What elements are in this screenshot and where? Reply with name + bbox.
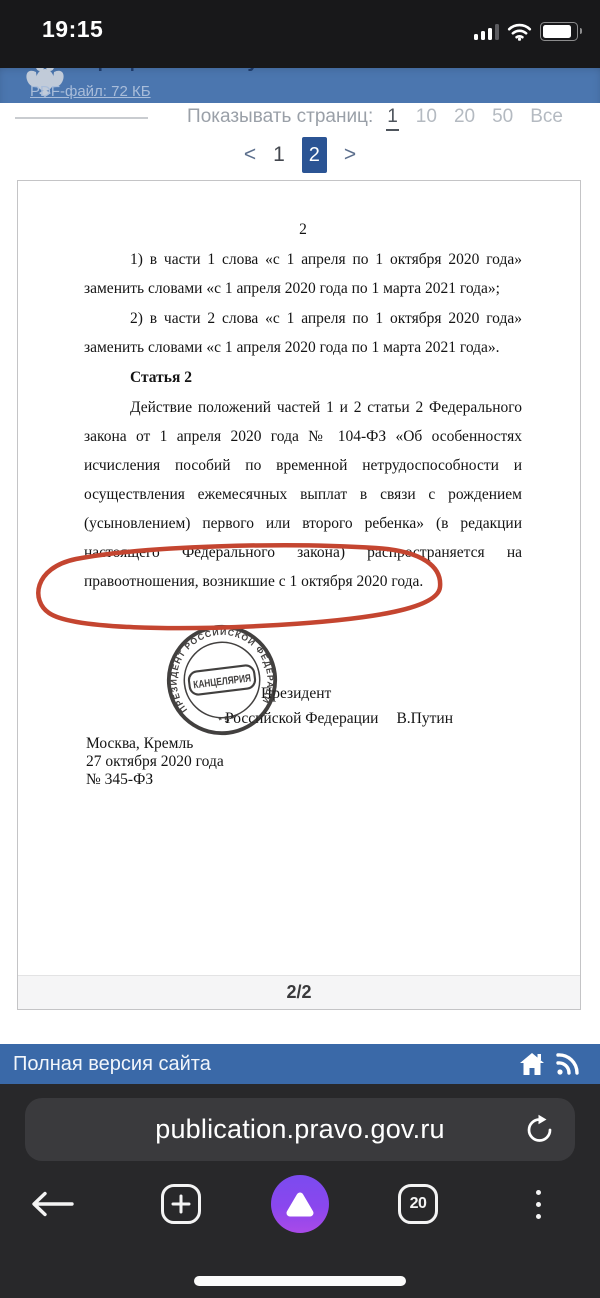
home-indicator[interactable] xyxy=(194,1276,406,1286)
issue-date: 27 октября 2020 года xyxy=(86,753,224,771)
battery-icon xyxy=(540,22,578,41)
plus-icon xyxy=(171,1194,191,1214)
document-paragraph: 2) в части 2 слова «с 1 апреля по 1 октя… xyxy=(84,304,522,362)
new-tab-button[interactable] xyxy=(161,1184,201,1224)
home-icon[interactable] xyxy=(518,1051,546,1077)
chancellery-stamp: ПРЕЗИДЕНТ РОССИЙСКОЙ ФЕДЕРАЦИИ КАНЦЕЛЯРИ… xyxy=(157,615,286,744)
full-version-link[interactable]: Полная версия сайта xyxy=(13,1053,211,1076)
cellular-signal-icon xyxy=(474,24,500,40)
url-text[interactable]: publication.pravo.gov.ru xyxy=(155,1114,444,1145)
address-bar[interactable]: publication.pravo.gov.ru xyxy=(25,1098,575,1161)
back-button[interactable] xyxy=(28,1189,76,1219)
document-text: 2 1) в части 1 слова «с 1 апреля по 1 ок… xyxy=(18,181,580,596)
per-page-option-20[interactable]: 20 xyxy=(454,106,475,128)
page-navigation: < 1 2 > xyxy=(0,137,600,173)
document-paragraph: Действие положений частей 1 и 2 статьи 2… xyxy=(84,393,522,596)
per-page-option-1[interactable]: 1 xyxy=(386,106,399,131)
signature-title-line1: Президент xyxy=(261,681,453,706)
issue-details: Москва, Кремль 27 октября 2020 года № 34… xyxy=(86,735,224,789)
browser-chrome: publication.pravo.gov.ru 20 xyxy=(0,1084,600,1298)
clock: 19:15 xyxy=(42,16,103,43)
wifi-icon xyxy=(507,23,532,41)
document-page-number: 2 xyxy=(84,215,522,244)
status-icons xyxy=(474,22,579,41)
per-page-selector: Показывать страниц: 1 10 20 50 Все xyxy=(150,106,600,131)
per-page-label: Показывать страниц: xyxy=(187,106,373,128)
menu-button[interactable] xyxy=(536,1190,541,1219)
page-1-button[interactable]: 1 xyxy=(273,143,285,167)
alice-assistant-button[interactable] xyxy=(271,1175,329,1233)
tab-count: 20 xyxy=(410,1195,427,1213)
full-version-bar[interactable]: Полная версия сайта xyxy=(0,1044,600,1084)
law-number: № 345-ФЗ xyxy=(86,771,224,789)
document-page: 2 1) в части 1 слова «с 1 апреля по 1 ок… xyxy=(17,180,581,1010)
mobile-screen: 19:15 Официальное опублик xyxy=(0,0,600,1298)
svg-text:ПРЕЗИДЕНТ РОССИЙСКОЙ ФЕДЕРАЦ: ПРЕЗИДЕНТ РОССИЙСКОЙ ФЕДЕРАЦИИ xyxy=(157,615,279,718)
document-page-indicator: 2/2 xyxy=(18,975,580,1009)
reload-icon[interactable] xyxy=(524,1114,555,1145)
next-page-button[interactable]: > xyxy=(344,143,356,167)
divider-line xyxy=(15,117,148,119)
pdf-file-link[interactable]: PDF-файл: 72 КБ xyxy=(30,83,151,100)
article-heading: Статья 2 xyxy=(84,363,522,392)
tabs-button[interactable]: 20 xyxy=(398,1184,438,1224)
page-2-button-active[interactable]: 2 xyxy=(302,137,327,173)
prev-page-button[interactable]: < xyxy=(244,143,256,167)
stamp-ring-text: ПРЕЗИДЕНТ РОССИЙСКОЙ ФЕДЕРАЦИИ xyxy=(157,615,279,718)
document-paragraph: 1) в части 1 слова «с 1 апреля по 1 октя… xyxy=(84,245,522,303)
signature-name: В.Путин xyxy=(396,706,453,731)
stamp-bottom-text: * 5 * xyxy=(218,713,236,725)
per-page-option-all[interactable]: Все xyxy=(530,106,563,128)
rss-icon[interactable] xyxy=(555,1052,580,1076)
per-page-option-50[interactable]: 50 xyxy=(492,106,513,128)
per-page-option-10[interactable]: 10 xyxy=(416,106,437,128)
alice-icon xyxy=(285,1190,315,1218)
status-bar: 19:15 xyxy=(0,0,600,68)
